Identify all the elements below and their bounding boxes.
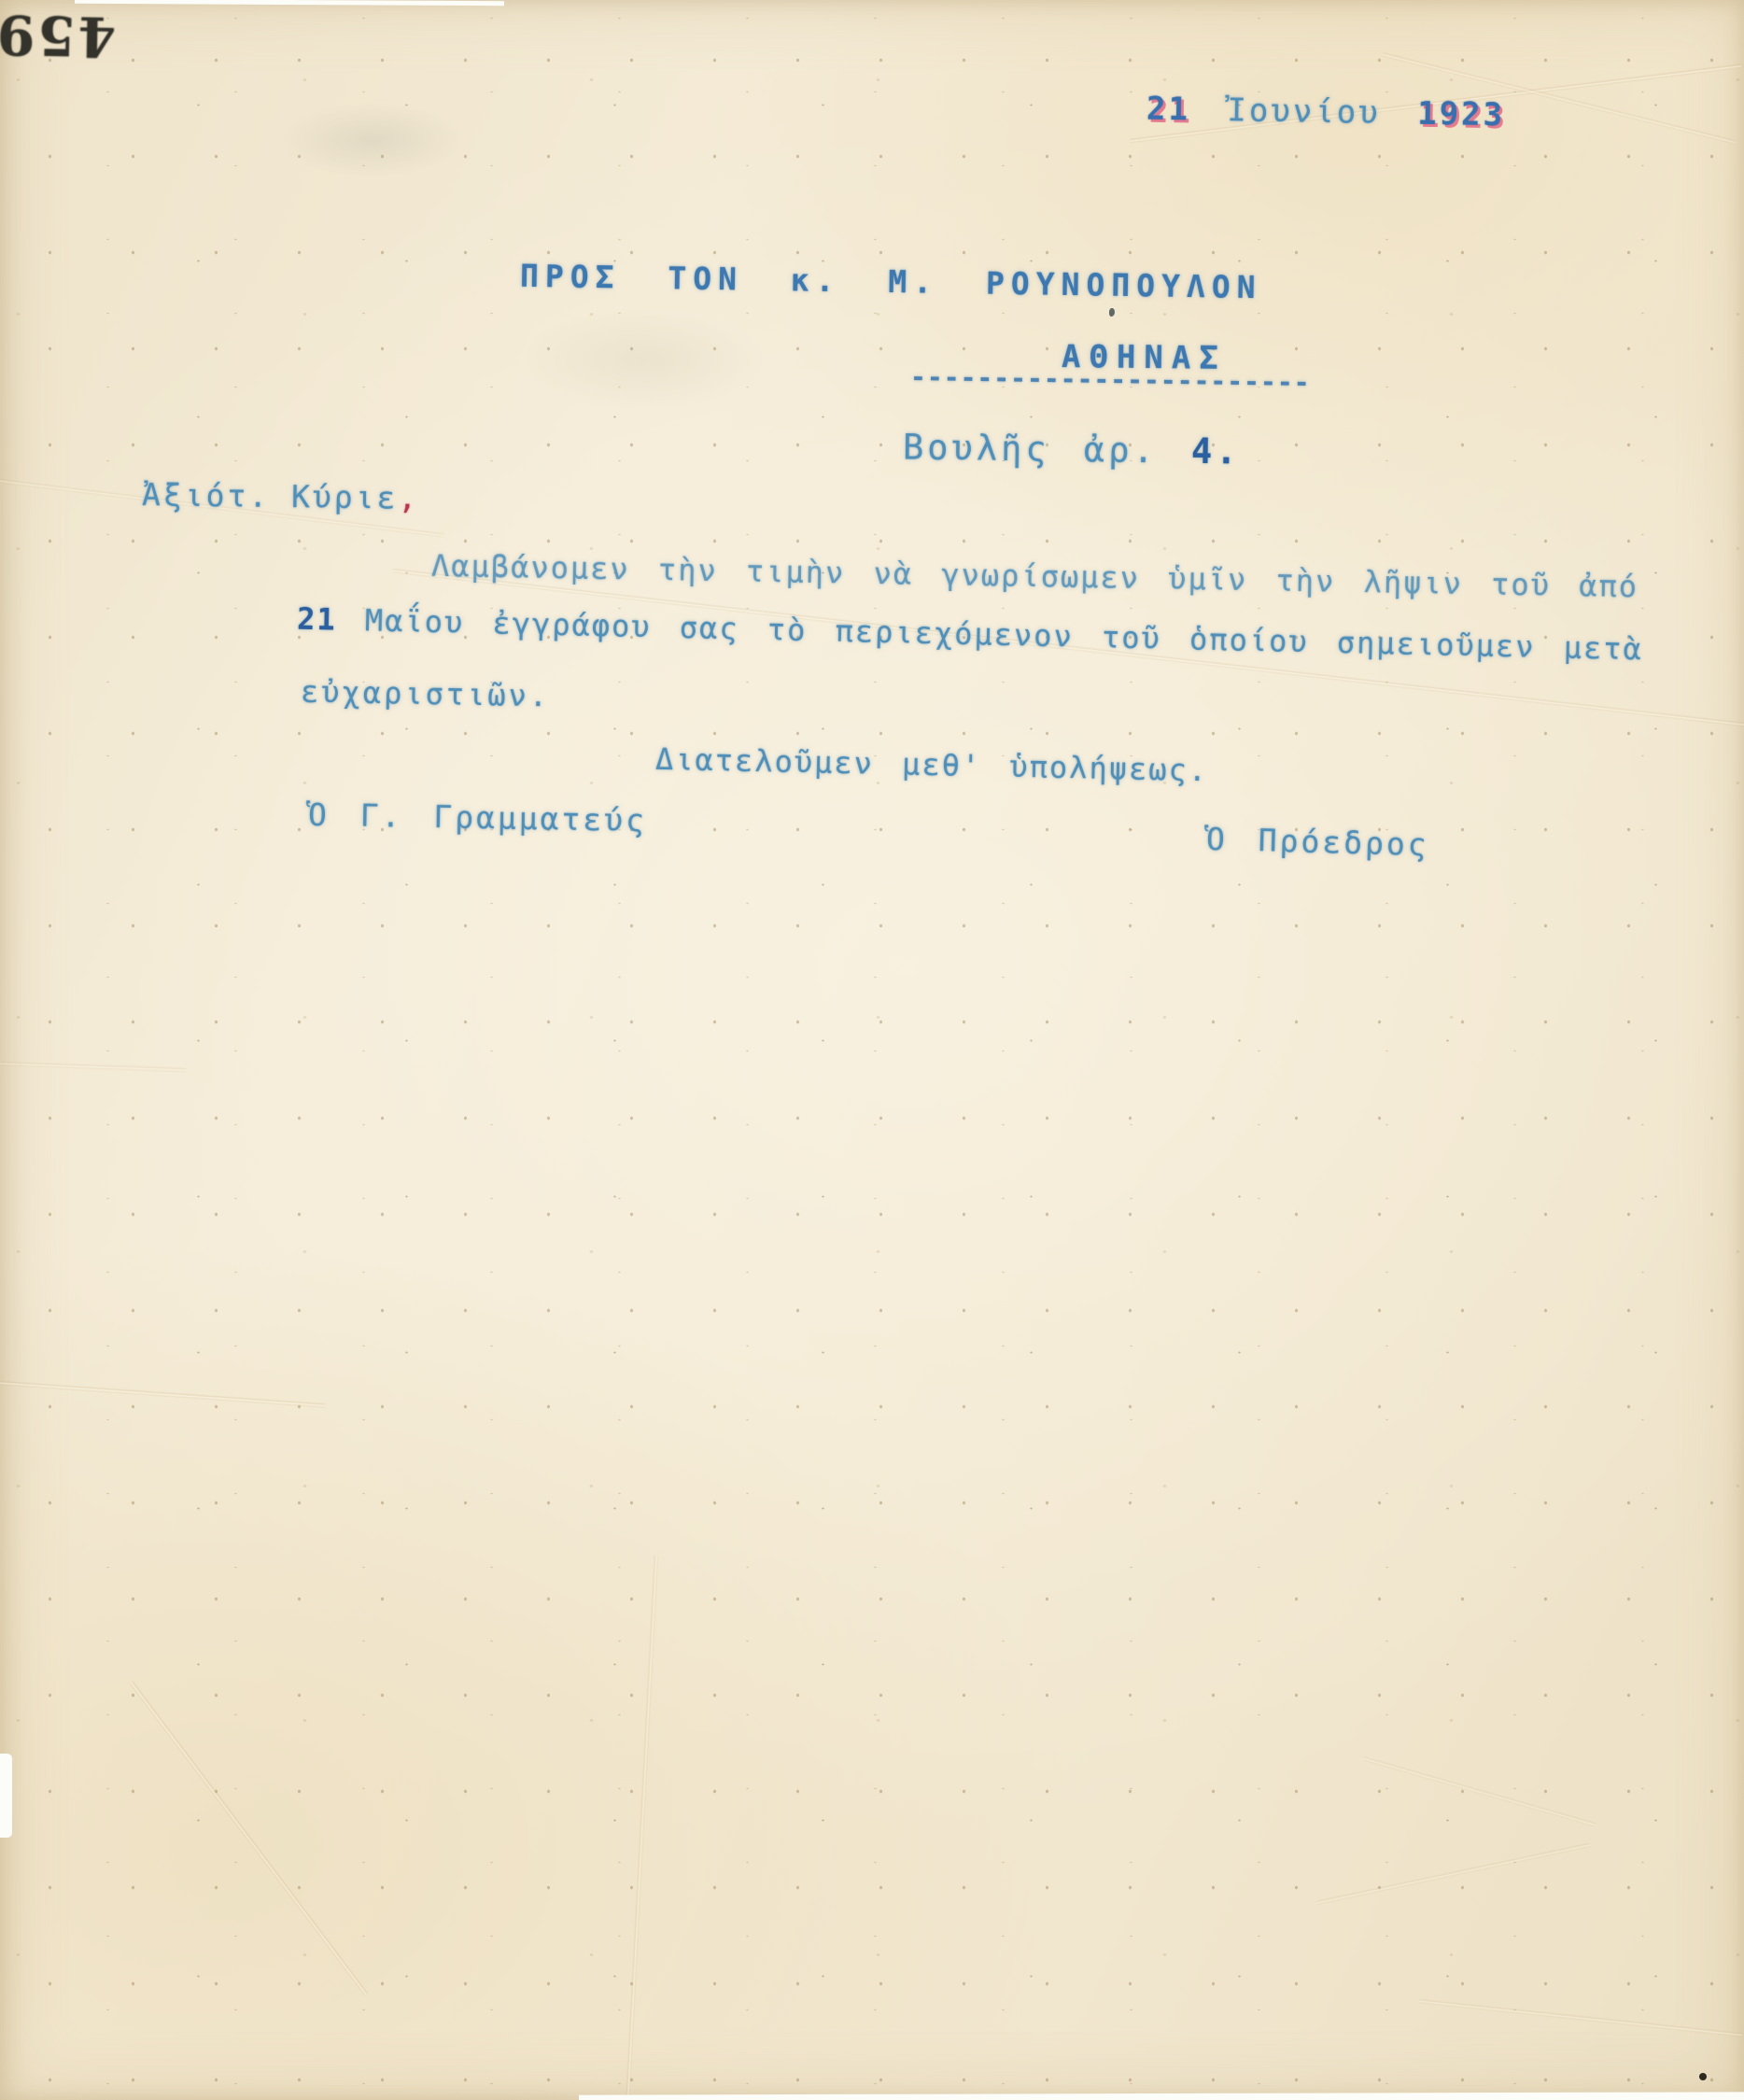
- dashed-separator: ------------------------: [910, 361, 1311, 398]
- crease-bottom-vertical: [626, 1555, 659, 2096]
- date-line: 21 Ἰουνίου 1923: [1146, 91, 1506, 134]
- closing-line: Διατελοῦμεν μεθ' ὑπολήψεως.: [655, 741, 1209, 788]
- ink-ghost-smudge: [280, 103, 467, 177]
- crease-left-mid: [0, 1061, 187, 1073]
- crease-left-lower: [0, 1380, 326, 1408]
- body-line-2-text: Μαΐου ἐγγράφου σας τὸ περιεχόμενον τοῦ ὁ…: [336, 602, 1643, 668]
- body-line-1: Λαμβάνομεν τὴν τιμὴν νὰ γνωρίσωμεν ὑμῖν …: [431, 548, 1639, 605]
- crease-bottom-right-1: [1315, 1842, 1591, 1906]
- address-line: Βουλῆς ἀρ. 4.: [903, 427, 1241, 472]
- ink-dot-after-recipient: [1109, 308, 1115, 317]
- date-day: 21: [1146, 91, 1191, 129]
- body-line-2-number: 21: [297, 601, 337, 638]
- signature-president: Ὁ Πρόεδρος: [1206, 821, 1430, 863]
- left-edge-white-notch: [0, 1754, 12, 1838]
- body-line-2: 21 Μαΐου ἐγγράφου σας τὸ περιεχόμενον το…: [297, 601, 1643, 668]
- ink-dot-bottom-right: [1699, 2073, 1707, 2080]
- address-number: 4.: [1191, 431, 1241, 472]
- salutation-text: Ἀξιότ. Κύριε: [142, 476, 399, 515]
- paper-tone-smudge: [523, 308, 766, 411]
- bottom-edge-white-sliver: [579, 2092, 1744, 2100]
- salutation-comma: ,: [398, 480, 419, 516]
- salutation: Ἀξιότ. Κύριε,: [142, 476, 420, 516]
- address-label: Βουλῆς ἀρ.: [903, 427, 1158, 471]
- crease-bottom-left-diagonal: [129, 1680, 370, 1996]
- date-year: 1923: [1417, 95, 1506, 134]
- crease-bottom-right-3: [1362, 1755, 1597, 1827]
- date-month: Ἰουνίου: [1227, 92, 1381, 132]
- folio-number-stamp: 459: [0, 3, 117, 68]
- top-edge-white-sliver: [75, 0, 504, 6]
- crease-bottom-right-2: [1419, 1998, 1743, 2037]
- body-line-3: εὐχαριστιῶν.: [301, 674, 551, 714]
- recipient-line: ΠΡΟΣ ΤΟΝ κ. Μ. ΡΟΥΝΟΠΟΥΛΟΝ: [520, 258, 1262, 305]
- paper-speckle-texture: [0, 0, 1744, 2100]
- letter-page: 459 21 Ἰουνίου 1923 ΠΡΟΣ ΤΟΝ κ. Μ. ΡΟΥΝΟ…: [0, 0, 1744, 2100]
- signature-secretary: Ὁ Γ. Γραμματεύς: [308, 796, 648, 839]
